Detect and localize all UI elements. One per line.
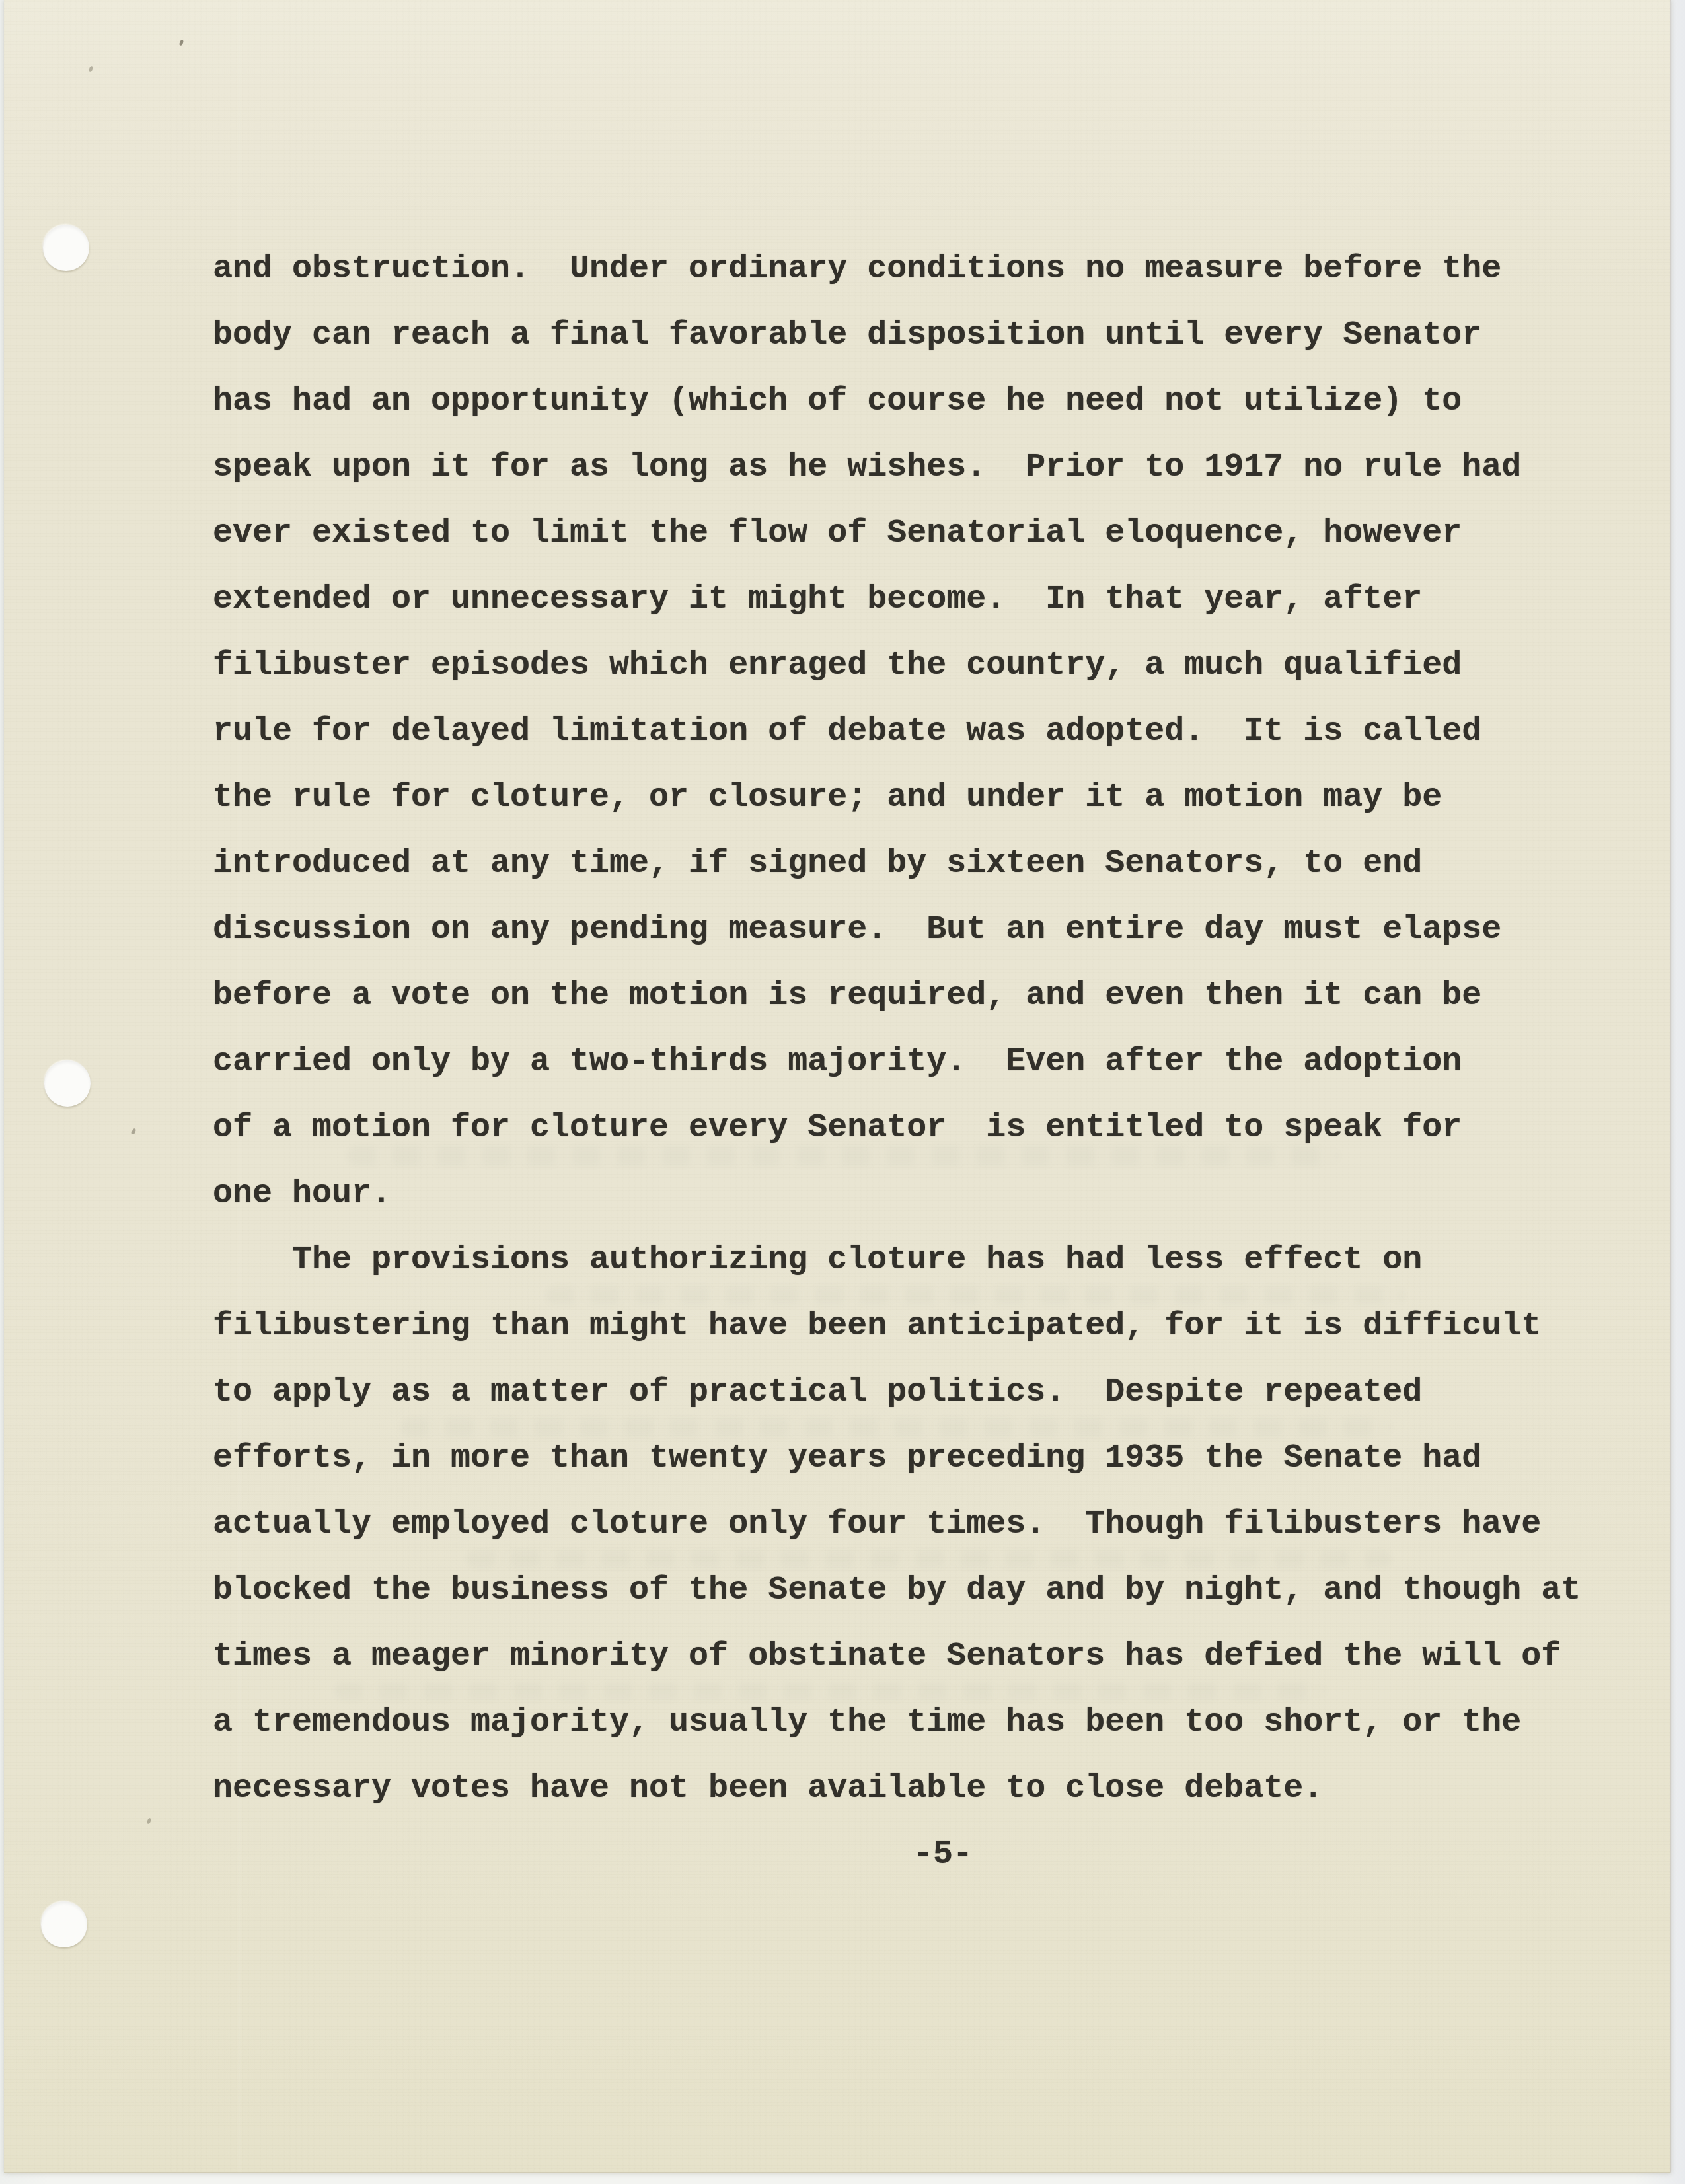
punch-hole	[43, 225, 89, 271]
typed-line: has had an opportunity (which of course …	[213, 369, 1581, 435]
typed-line: filibustering than might have been antic…	[213, 1293, 1581, 1360]
typed-line: before a vote on the motion is required,…	[213, 963, 1581, 1029]
page-number: -5-	[913, 1822, 973, 1888]
typed-line: times a meager minority of obstinate Sen…	[213, 1624, 1581, 1690]
punch-hole	[41, 1901, 87, 1947]
dust-speck	[89, 65, 94, 72]
paper-sheet: and obstruction. Under ordinary conditio…	[4, 0, 1671, 2173]
typed-line: speak upon it for as long as he wishes. …	[213, 435, 1581, 501]
punch-hole	[44, 1060, 91, 1107]
typed-line: ever existed to limit the flow of Senato…	[213, 501, 1581, 567]
typed-line: the rule for cloture, or closure; and un…	[213, 765, 1581, 831]
typed-line: extended or unnecessary it might become.…	[213, 567, 1581, 633]
typed-line: actually employed cloture only four time…	[213, 1492, 1581, 1558]
typed-text-block: and obstruction. Under ordinary conditio…	[213, 237, 1581, 1822]
typed-line: of a motion for cloture every Senator is…	[213, 1095, 1581, 1161]
dust-speck	[147, 1817, 152, 1824]
typed-line: a tremendous majority, usually the time …	[213, 1690, 1581, 1756]
typed-line: introduced at any time, if signed by six…	[213, 831, 1581, 897]
dust-speck	[131, 1128, 137, 1134]
typed-line: body can reach a final favorable disposi…	[213, 303, 1581, 369]
typed-line: necessary votes have not been available …	[213, 1756, 1581, 1822]
typed-line: rule for delayed limitation of debate wa…	[213, 699, 1581, 765]
typed-line: filibuster episodes which enraged the co…	[213, 633, 1581, 699]
typed-line: carried only by a two-thirds majority. E…	[213, 1029, 1581, 1095]
typed-line: and obstruction. Under ordinary conditio…	[213, 237, 1581, 303]
typed-line: The provisions authorizing cloture has h…	[213, 1227, 1581, 1293]
dust-speck	[179, 39, 184, 46]
typed-line: to apply as a matter of practical politi…	[213, 1360, 1581, 1426]
typed-line: one hour.	[213, 1161, 1581, 1227]
typed-line: blocked the business of the Senate by da…	[213, 1558, 1581, 1624]
typed-line: discussion on any pending measure. But a…	[213, 897, 1581, 963]
typed-line: efforts, in more than twenty years prece…	[213, 1426, 1581, 1492]
